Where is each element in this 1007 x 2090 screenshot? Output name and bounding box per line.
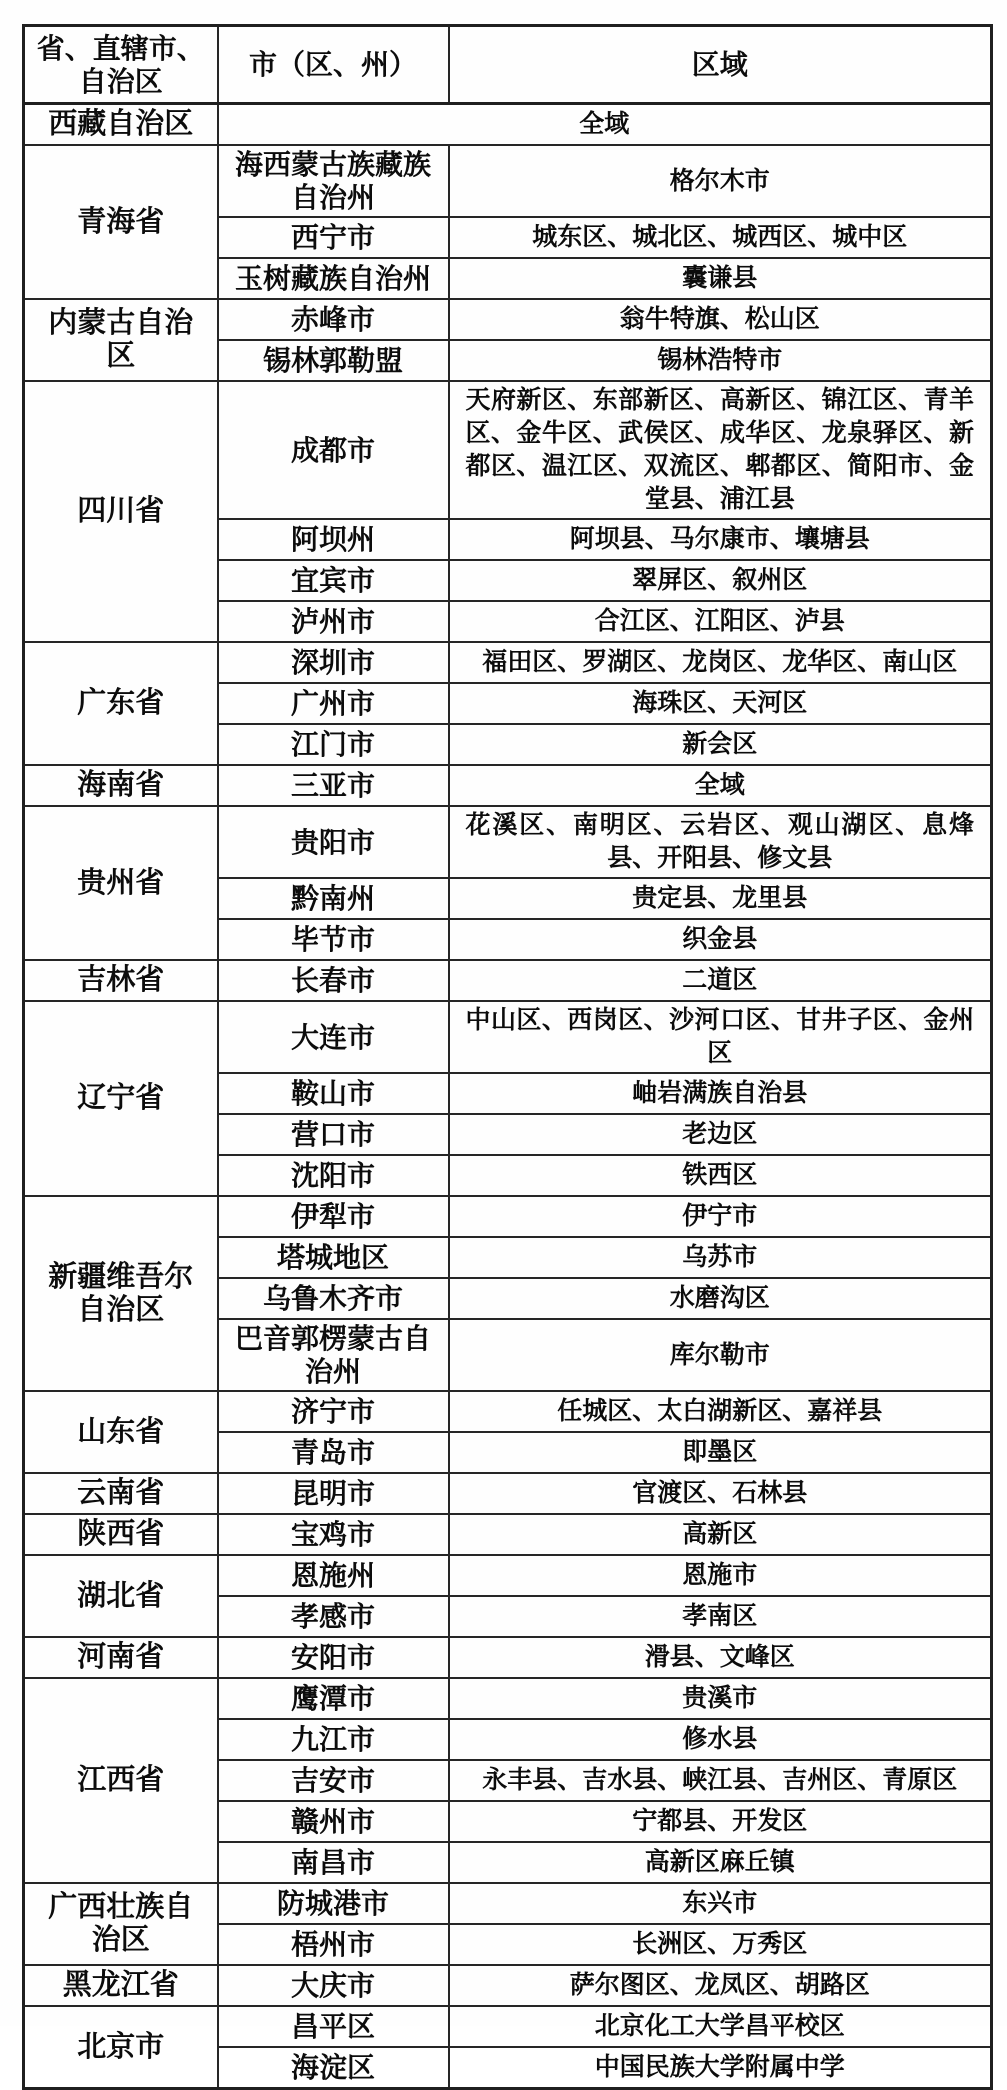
region-cell: 中国民族大学附属中学 <box>449 2047 992 2089</box>
city-cell: 大庆市 <box>218 1965 449 2006</box>
province-cell: 青海省 <box>24 145 218 299</box>
city-cell: 赣州市 <box>218 1801 449 1842</box>
region-cell: 永丰县、吉水县、峡江县、吉州区、青原区 <box>449 1760 992 1801</box>
city-cell: 阿坝州 <box>218 519 449 560</box>
province-cell: 湖北省 <box>24 1555 218 1637</box>
province-cell: 北京市 <box>24 2006 218 2089</box>
region-cell: 水磨沟区 <box>449 1278 992 1319</box>
region-cell: 全域 <box>218 104 992 146</box>
city-cell: 宝鸡市 <box>218 1514 449 1555</box>
page-background: 省、直辖市、 自治区 市（区、州） 区域 西藏自治区全域青海省海西蒙古族藏族自治… <box>0 0 1007 2026</box>
table-row: 辽宁省大连市中山区、西岗区、沙河口区、甘井子区、金州区 <box>24 1001 992 1073</box>
region-cell: 花溪区、南明区、云岩区、观山湖区、息烽县、开阳县、修文县 <box>449 806 992 878</box>
table-row: 贵州省贵阳市花溪区、南明区、云岩区、观山湖区、息烽县、开阳县、修文县 <box>24 806 992 878</box>
region-cell: 合江区、江阳区、泸县 <box>449 601 992 642</box>
region-cell: 高新区麻丘镇 <box>449 1842 992 1883</box>
table-row: 广东省深圳市福田区、罗湖区、龙岗区、龙华区、南山区 <box>24 642 992 683</box>
region-cell: 乌苏市 <box>449 1237 992 1278</box>
city-cell: 毕节市 <box>218 919 449 960</box>
region-cell: 岫岩满族自治县 <box>449 1073 992 1114</box>
region-cell: 二道区 <box>449 960 992 1001</box>
region-cell: 囊谦县 <box>449 258 992 299</box>
city-cell: 成都市 <box>218 381 449 519</box>
table-row: 四川省成都市天府新区、东部新区、高新区、锦江区、青羊区、金牛区、武侯区、成华区、… <box>24 381 992 519</box>
city-cell: 西宁市 <box>218 217 449 258</box>
header-city: 市（区、州） <box>218 26 449 104</box>
region-cell: 翠屏区、叙州区 <box>449 560 992 601</box>
region-cell: 孝南区 <box>449 1596 992 1637</box>
region-cell: 阿坝县、马尔康市、壤塘县 <box>449 519 992 560</box>
region-cell: 东兴市 <box>449 1883 992 1924</box>
city-cell: 深圳市 <box>218 642 449 683</box>
region-cell: 天府新区、东部新区、高新区、锦江区、青羊区、金牛区、武侯区、成华区、龙泉驿区、新… <box>449 381 992 519</box>
header-region: 区域 <box>449 26 992 104</box>
region-cell: 高新区 <box>449 1514 992 1555</box>
city-cell: 营口市 <box>218 1114 449 1155</box>
province-cell: 广西壮族自治区 <box>24 1883 218 1965</box>
province-cell: 新疆维吾尔自治区 <box>24 1196 218 1391</box>
region-cell: 长洲区、万秀区 <box>449 1924 992 1965</box>
city-cell: 吉安市 <box>218 1760 449 1801</box>
city-cell: 大连市 <box>218 1001 449 1073</box>
region-cell: 宁都县、开发区 <box>449 1801 992 1842</box>
region-cell: 萨尔图区、龙凤区、胡路区 <box>449 1965 992 2006</box>
table-row: 西藏自治区全域 <box>24 104 992 146</box>
header-province: 省、直辖市、 自治区 <box>24 26 218 104</box>
table-row: 海南省三亚市全域 <box>24 765 992 806</box>
table-row: 新疆维吾尔自治区伊犁市伊宁市 <box>24 1196 992 1237</box>
city-cell: 三亚市 <box>218 765 449 806</box>
table-header: 省、直辖市、 自治区 市（区、州） 区域 <box>24 26 992 104</box>
province-cell: 黑龙江省 <box>24 1965 218 2006</box>
city-cell: 青岛市 <box>218 1432 449 1473</box>
city-cell: 昌平区 <box>218 2006 449 2047</box>
region-cell: 贵溪市 <box>449 1678 992 1719</box>
city-cell: 济宁市 <box>218 1391 449 1432</box>
table-row: 北京市昌平区北京化工大学昌平校区 <box>24 2006 992 2047</box>
city-cell: 巴音郭楞蒙古自治州 <box>218 1319 449 1391</box>
province-cell: 江西省 <box>24 1678 218 1883</box>
table-row: 河南省安阳市滑县、文峰区 <box>24 1637 992 1678</box>
city-cell: 长春市 <box>218 960 449 1001</box>
region-cell: 即墨区 <box>449 1432 992 1473</box>
city-cell: 伊犁市 <box>218 1196 449 1237</box>
region-cell: 新会区 <box>449 724 992 765</box>
city-cell: 泸州市 <box>218 601 449 642</box>
region-cell: 北京化工大学昌平校区 <box>449 2006 992 2047</box>
table-row: 云南省昆明市官渡区、石林县 <box>24 1473 992 1514</box>
region-cell: 老边区 <box>449 1114 992 1155</box>
city-cell: 塔城地区 <box>218 1237 449 1278</box>
table-row: 山东省济宁市任城区、太白湖新区、嘉祥县 <box>24 1391 992 1432</box>
city-cell: 广州市 <box>218 683 449 724</box>
city-cell: 鞍山市 <box>218 1073 449 1114</box>
city-cell: 锡林郭勒盟 <box>218 340 449 381</box>
city-cell: 梧州市 <box>218 1924 449 1965</box>
city-cell: 江门市 <box>218 724 449 765</box>
city-cell: 孝感市 <box>218 1596 449 1637</box>
city-cell: 南昌市 <box>218 1842 449 1883</box>
province-cell: 吉林省 <box>24 960 218 1001</box>
table-row: 吉林省长春市二道区 <box>24 960 992 1001</box>
table-row: 青海省海西蒙古族藏族自治州格尔木市 <box>24 145 992 217</box>
region-cell: 恩施市 <box>449 1555 992 1596</box>
table-row: 内蒙古自治区赤峰市翁牛特旗、松山区 <box>24 299 992 340</box>
province-cell: 广东省 <box>24 642 218 765</box>
city-cell: 昆明市 <box>218 1473 449 1514</box>
region-cell: 织金县 <box>449 919 992 960</box>
province-cell: 辽宁省 <box>24 1001 218 1196</box>
table-row: 陕西省宝鸡市高新区 <box>24 1514 992 1555</box>
region-cell: 伊宁市 <box>449 1196 992 1237</box>
city-cell: 黔南州 <box>218 878 449 919</box>
region-cell: 城东区、城北区、城西区、城中区 <box>449 217 992 258</box>
province-cell: 云南省 <box>24 1473 218 1514</box>
province-cell: 四川省 <box>24 381 218 642</box>
header-row: 省、直辖市、 自治区 市（区、州） 区域 <box>24 26 992 104</box>
table-row: 江西省鹰潭市贵溪市 <box>24 1678 992 1719</box>
region-cell: 海珠区、天河区 <box>449 683 992 724</box>
table-row: 黑龙江省大庆市萨尔图区、龙凤区、胡路区 <box>24 1965 992 2006</box>
region-cell: 锡林浩特市 <box>449 340 992 381</box>
table-row: 湖北省恩施州恩施市 <box>24 1555 992 1596</box>
region-cell: 修水县 <box>449 1719 992 1760</box>
region-cell: 库尔勒市 <box>449 1319 992 1391</box>
city-cell: 贵阳市 <box>218 806 449 878</box>
city-cell: 赤峰市 <box>218 299 449 340</box>
table-body: 西藏自治区全域青海省海西蒙古族藏族自治州格尔木市西宁市城东区、城北区、城西区、城… <box>24 104 992 2089</box>
region-cell: 铁西区 <box>449 1155 992 1196</box>
city-cell: 海西蒙古族藏族自治州 <box>218 145 449 217</box>
province-cell: 河南省 <box>24 1637 218 1678</box>
city-cell: 海淀区 <box>218 2047 449 2089</box>
city-cell: 宜宾市 <box>218 560 449 601</box>
city-cell: 防城港市 <box>218 1883 449 1924</box>
city-cell: 鹰潭市 <box>218 1678 449 1719</box>
region-cell: 贵定县、龙里县 <box>449 878 992 919</box>
region-cell: 格尔木市 <box>449 145 992 217</box>
city-cell: 乌鲁木齐市 <box>218 1278 449 1319</box>
city-cell: 安阳市 <box>218 1637 449 1678</box>
region-cell: 官渡区、石林县 <box>449 1473 992 1514</box>
city-cell: 恩施州 <box>218 1555 449 1596</box>
region-table: 省、直辖市、 自治区 市（区、州） 区域 西藏自治区全域青海省海西蒙古族藏族自治… <box>22 24 993 2090</box>
province-cell: 陕西省 <box>24 1514 218 1555</box>
city-cell: 玉树藏族自治州 <box>218 258 449 299</box>
table-row: 广西壮族自治区防城港市东兴市 <box>24 1883 992 1924</box>
city-cell: 沈阳市 <box>218 1155 449 1196</box>
region-cell: 滑县、文峰区 <box>449 1637 992 1678</box>
region-cell: 中山区、西岗区、沙河口区、甘井子区、金州区 <box>449 1001 992 1073</box>
region-cell: 全域 <box>449 765 992 806</box>
region-cell: 任城区、太白湖新区、嘉祥县 <box>449 1391 992 1432</box>
region-cell: 福田区、罗湖区、龙岗区、龙华区、南山区 <box>449 642 992 683</box>
province-cell: 山东省 <box>24 1391 218 1473</box>
province-cell: 海南省 <box>24 765 218 806</box>
city-cell: 九江市 <box>218 1719 449 1760</box>
region-cell: 翁牛特旗、松山区 <box>449 299 992 340</box>
province-cell: 西藏自治区 <box>24 104 218 146</box>
province-cell: 贵州省 <box>24 806 218 960</box>
province-cell: 内蒙古自治区 <box>24 299 218 381</box>
